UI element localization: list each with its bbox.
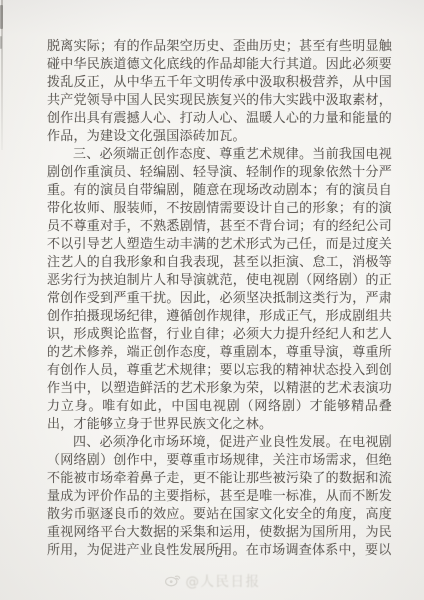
paragraph: 四、必须净化市场环境，促进产业良性发展。在电视剧（网络剧）创作中，要尊重市场规律… [47,434,392,560]
weibo-icon [164,573,181,587]
scan-edge-artifact [0,36,2,49]
page-number: 2 [47,546,392,560]
scan-edge-artifact [0,5,3,29]
paragraph: 脱离实际；有的作品架空历史、歪曲历史；甚至有些明显触碰中华民族道德文化底线的作品… [47,38,392,146]
watermark: @人民日报 [0,570,424,590]
watermark-text: @人民日报 [186,570,261,590]
paragraph: 三、必须端正创作态度、尊重艺术规律。当前我国电视剧创作重演员、轻编剧、轻导演、轻… [47,146,392,434]
document-body: 脱离实际；有的作品架空历史、歪曲历史；甚至有些明显触碰中华民族道德文化底线的作品… [47,38,392,560]
document-page: 脱离实际；有的作品架空历史、歪曲历史；甚至有些明显触碰中华民族道德文化底线的作品… [0,0,424,600]
